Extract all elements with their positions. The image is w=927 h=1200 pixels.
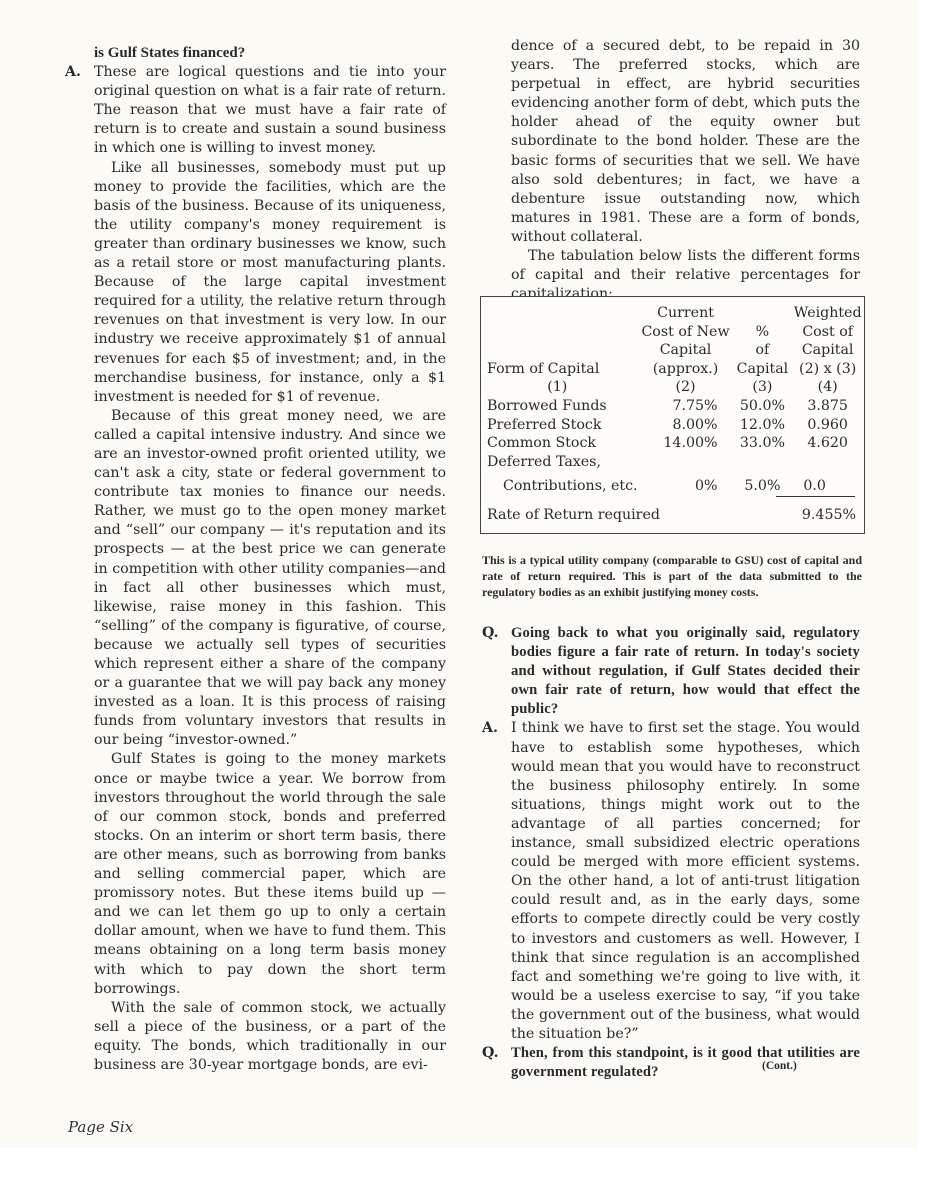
question-tag: Q. — [482, 624, 499, 643]
header-cell: (2) — [638, 378, 734, 397]
weighted-cell: 4.620 — [791, 434, 864, 453]
form-cell: Preferred Stock — [487, 416, 638, 435]
paragraph: Gulf States is going to the money market… — [94, 750, 446, 998]
cost-cell: 8.00% — [638, 416, 734, 435]
header-cell: (3) — [734, 378, 792, 397]
pct-cell: 50.0% — [734, 397, 792, 416]
cost-cell — [638, 453, 734, 472]
answer-block: A. These are logical questions and tie i… — [94, 63, 446, 1075]
capital-table-grid: Current Weighted Cost of New % Cost of C… — [487, 304, 864, 495]
paragraph: Like all businesses, somebody must put u… — [94, 159, 446, 407]
right-column-top: dence of a secured debt, to be repaid in… — [511, 37, 860, 304]
table-row: Contributions, etc. 0% 5.0% 0.0 — [487, 471, 864, 495]
form-cell: Contributions, etc. — [487, 471, 638, 495]
header-cell: (1) — [487, 378, 638, 397]
header-cell — [734, 304, 792, 323]
header-row: (1) (2) (3) (4) — [487, 378, 864, 397]
header-row: Capital of Capital — [487, 341, 864, 360]
paragraph: dence of a secured debt, to be repaid in… — [511, 37, 860, 247]
header-cell: Current — [638, 304, 734, 323]
header-cell: (approx.) — [638, 360, 734, 379]
answer-tag: A. — [65, 63, 81, 82]
header-cell: (2) x (3) — [791, 360, 864, 379]
header-row: Form of Capital (approx.) Capital (2) x … — [487, 360, 864, 379]
answer-text: I think we have to first set the stage. … — [511, 719, 860, 1044]
question-tag: Q. — [482, 1044, 499, 1063]
answer-block: A. I think we have to first set the stag… — [511, 719, 860, 1044]
table-row: Borrowed Funds 7.75% 50.0% 3.875 — [487, 397, 864, 416]
header-row: Cost of New % Cost of — [487, 323, 864, 342]
table-row: Deferred Taxes, — [487, 453, 864, 472]
table-row: Common Stock 14.00% 33.0% 4.620 — [487, 434, 864, 453]
right-column-interview: Q. Going back to what you originally sai… — [511, 624, 860, 1082]
header-cell: Capital — [734, 360, 792, 379]
cost-cell: 0% — [638, 471, 734, 495]
paragraph: With the sale of common stock, we actual… — [94, 999, 446, 1075]
question-text: Going back to what you originally said, … — [511, 624, 860, 719]
weighted-cell: 0.960 — [791, 416, 864, 435]
page-number-footer: Page Six — [68, 1118, 133, 1136]
pct-cell — [734, 453, 792, 472]
pct-cell: 12.0% — [734, 416, 792, 435]
form-cell: Common Stock — [487, 434, 638, 453]
header-cell — [487, 341, 638, 360]
header-cell: % — [734, 323, 792, 342]
header-row: Current Weighted — [487, 304, 864, 323]
left-column: is Gulf States financed? A. These are lo… — [94, 44, 446, 1075]
header-cell: of — [734, 341, 792, 360]
header-cell: Form of Capital — [487, 360, 638, 379]
rate-of-return-label: Rate of Return required — [487, 506, 660, 525]
header-cell: (4) — [791, 378, 864, 397]
pct-cell: 33.0% — [734, 434, 792, 453]
table-caption: This is a typical utility company (compa… — [482, 552, 862, 600]
weighted-cell: 3.875 — [791, 397, 864, 416]
header-cell: Cost of — [791, 323, 864, 342]
rate-of-return-value: 9.455% — [802, 506, 856, 525]
question-block: Q. Going back to what you originally sai… — [511, 624, 860, 719]
paragraph: Because of this great money need, we are… — [94, 407, 446, 751]
question-block: Q. Then, from this standpoint, is it goo… — [511, 1044, 860, 1082]
cost-cell: 14.00% — [638, 434, 734, 453]
answer-tag: A. — [482, 719, 498, 738]
header-cell: Cost of New — [638, 323, 734, 342]
question-text: Then, from this standpoint, is it good t… — [511, 1044, 860, 1082]
header-cell: Weighted — [791, 304, 864, 323]
cost-of-capital-table: Current Weighted Cost of New % Cost of C… — [480, 296, 865, 534]
sum-rule — [776, 496, 855, 497]
header-cell — [487, 323, 638, 342]
form-cell: Deferred Taxes, — [487, 453, 638, 472]
continued-label: (Cont.) — [762, 1060, 797, 1072]
pct-cell: 5.0% — [734, 471, 792, 495]
header-cell: Capital — [791, 341, 864, 360]
question-continuation: is Gulf States financed? — [94, 44, 446, 63]
weighted-cell — [791, 453, 864, 472]
header-cell: Capital — [638, 341, 734, 360]
cost-cell: 7.75% — [638, 397, 734, 416]
header-cell — [487, 304, 638, 323]
table-row: Preferred Stock 8.00% 12.0% 0.960 — [487, 416, 864, 435]
paragraph: These are logical questions and tie into… — [94, 63, 446, 158]
weighted-cell: 0.0 — [791, 471, 864, 495]
form-cell: Borrowed Funds — [487, 397, 638, 416]
